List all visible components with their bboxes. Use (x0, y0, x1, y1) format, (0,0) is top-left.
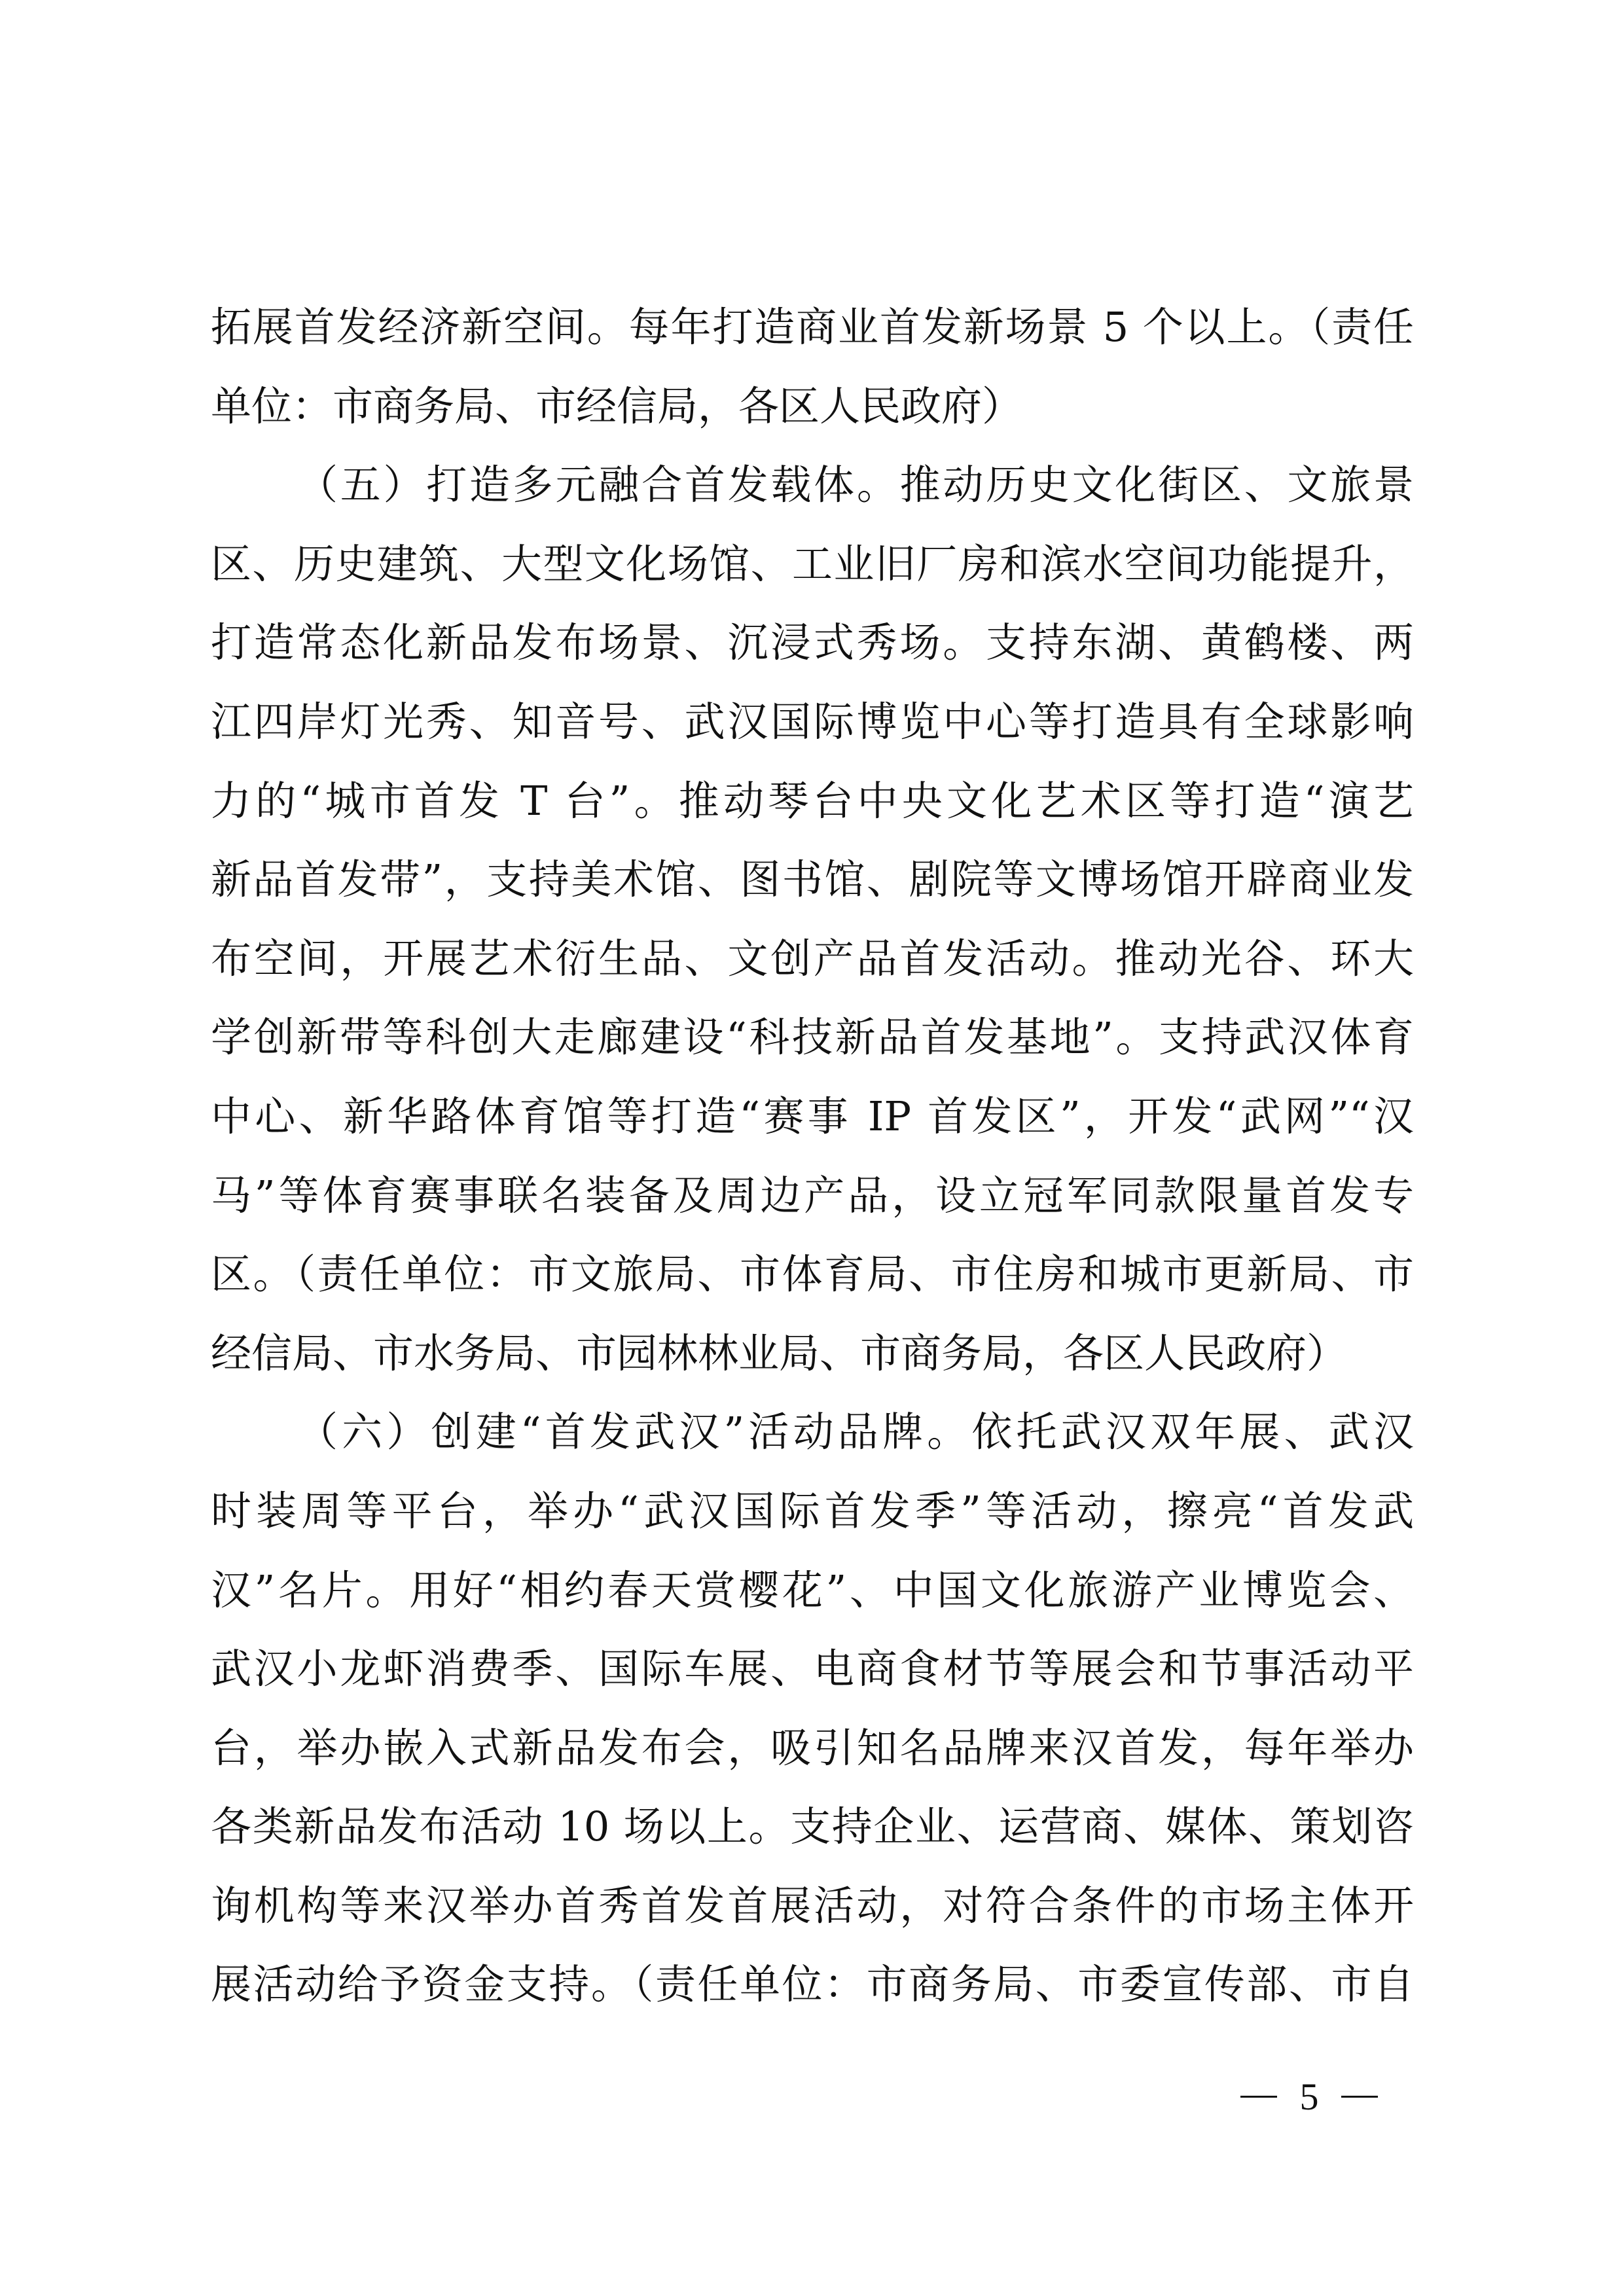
text-line: 新品首发带”，支持美术馆、图书馆、剧院等文博场馆开辟商业发 (211, 840, 1414, 920)
text-line: 武汉小龙虾消费季、国际车展、电商食材节等展会和节事活动平 (211, 1630, 1414, 1709)
text-line: 询机构等来汉举办首秀首发首展活动，对符合条件的市场主体开 (211, 1867, 1414, 1946)
text-line: 单位：市商务局、市经信局，各区人民政府） (211, 367, 1414, 446)
page-number: 5 (1240, 2073, 1378, 2119)
dash-right (1341, 2096, 1378, 2098)
text-line: 学创新带等科创大走廊建设“科技新品首发基地”。支持武汉体育 (211, 998, 1414, 1077)
text-line: 区、历史建筑、大型文化场馆、工业旧厂房和滨水空间功能提升， (211, 525, 1414, 604)
text-line: 汉”名片。用好“相约春天赏樱花”、中国文化旅游产业博览会、 (211, 1551, 1414, 1630)
text-line: 经信局、市水务局、市园林林业局、市商务局，各区人民政府） (211, 1314, 1414, 1393)
body-text: 拓展首发经济新空间。每年打造商业首发新场景 5 个以上。（责任 单位：市商务局、… (211, 288, 1414, 2024)
text-line: 江四岸灯光秀、知音号、武汉国际博览中心等打造具有全球影响 (211, 683, 1414, 762)
section-heading-line: （六）创建“首发武汉”活动品牌。依托武汉双年展、武汉 (211, 1393, 1414, 1472)
text-line: 台，举办嵌入式新品发布会，吸引知名品牌来汉首发，每年举办 (211, 1709, 1414, 1788)
text-line: 时装周等平台，举办“武汉国际首发季”等活动，擦亮“首发武 (211, 1472, 1414, 1551)
text-line: 中心、新华路体育馆等打造“赛事 IP 首发区”，开发“武网”“汉 (211, 1077, 1414, 1157)
section-heading-line: （五）打造多元融合首发载体。推动历史文化街区、文旅景 (211, 446, 1414, 525)
text-line: 展活动给予资金支持。（责任单位：市商务局、市委宣传部、市自 (211, 1945, 1414, 2024)
text-line: 拓展首发经济新空间。每年打造商业首发新场景 5 个以上。（责任 (211, 288, 1414, 367)
text-line: 各类新品发布活动 10 场以上。支持企业、运营商、媒体、策划咨 (211, 1787, 1414, 1867)
page-number-value: 5 (1300, 2075, 1319, 2119)
paragraph-section-5: （五）打造多元融合首发载体。推动历史文化街区、文旅景 区、历史建筑、大型文化场馆… (211, 446, 1414, 1393)
text-line: 布空间，开展艺术衍生品、文创产品首发活动。推动光谷、环大 (211, 920, 1414, 999)
paragraph-section-6: （六）创建“首发武汉”活动品牌。依托武汉双年展、武汉 时装周等平台，举办“武汉国… (211, 1393, 1414, 2024)
text-line: 力的“城市首发 T 台”。推动琴台中央文化艺术区等打造“演艺 (211, 762, 1414, 841)
dash-left (1240, 2096, 1277, 2098)
text-line: 打造常态化新品发布场景、沉浸式秀场。支持东湖、黄鹤楼、两 (211, 603, 1414, 683)
text-line: 马”等体育赛事联名装备及周边产品，设立冠军同款限量首发专 (211, 1157, 1414, 1236)
paragraph-continued: 拓展首发经济新空间。每年打造商业首发新场景 5 个以上。（责任 单位：市商务局、… (211, 288, 1414, 446)
text-line: 区。（责任单位：市文旅局、市体育局、市住房和城市更新局、市 (211, 1235, 1414, 1314)
document-page: 拓展首发经济新空间。每年打造商业首发新场景 5 个以上。（责任 单位：市商务局、… (0, 0, 1624, 2296)
